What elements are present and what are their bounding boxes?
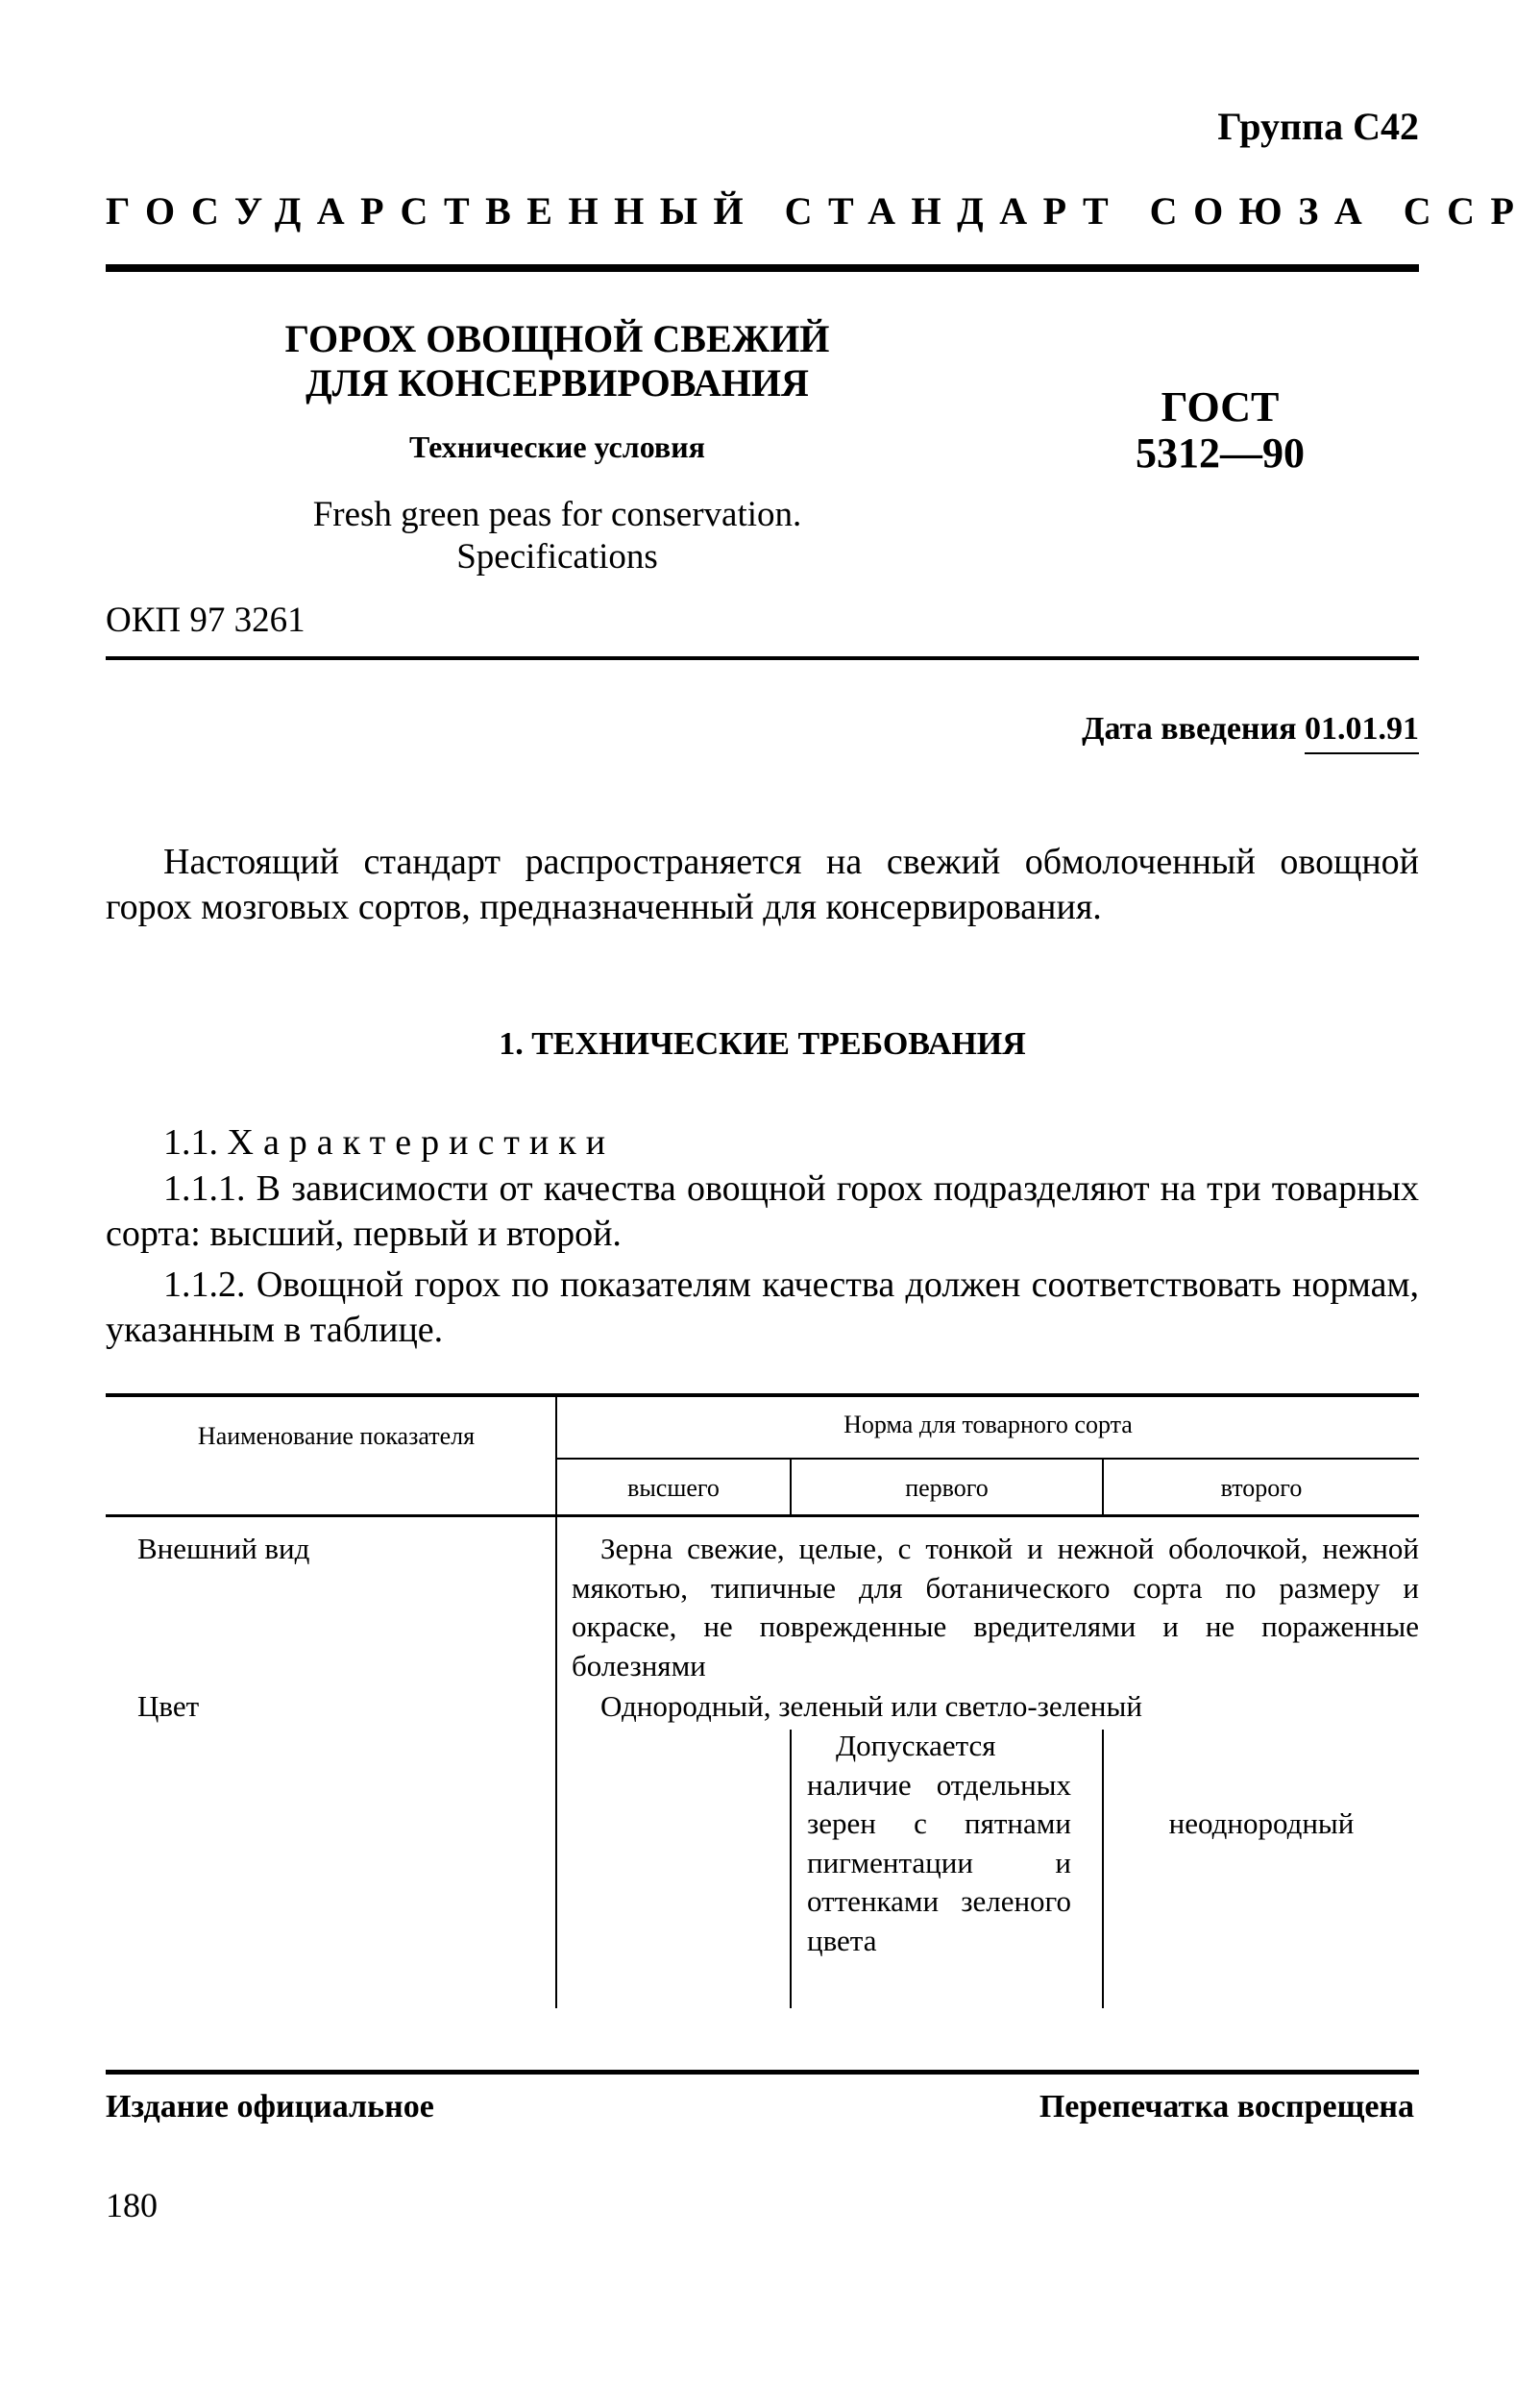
section-heading: 1. ТЕХНИЧЕСКИЕ ТРЕБОВАНИЯ xyxy=(106,1026,1419,1063)
document-subtitle: Технические условия xyxy=(221,430,893,465)
english-title-line-2: Specifications xyxy=(221,536,893,578)
table-top-rule xyxy=(106,1393,1419,1397)
english-title: Fresh green peas for conservation. Speci… xyxy=(221,494,893,578)
row-value-color-all: Однородный, зеленый или светло-зеленый xyxy=(572,1687,1142,1727)
english-title-line-1: Fresh green peas for conservation. xyxy=(221,494,893,536)
row-name-appearance: Внешний вид xyxy=(137,1530,309,1569)
footer-reprint-prohibited: Перепечатка воспрещена xyxy=(1039,2089,1414,2125)
header-rule xyxy=(106,656,1419,660)
row-value-color-second: неоднородный xyxy=(1104,1805,1419,1844)
subsection-1-1: 1.1. Характеристики xyxy=(106,1120,1419,1166)
gost-designation: ГОСТ 5312—90 xyxy=(1066,384,1374,477)
header-bottom-rule xyxy=(106,1514,1419,1517)
footer-rule xyxy=(106,2070,1419,2075)
effective-date: Дата введения 01.01.91 xyxy=(1082,711,1419,748)
state-standard-heading: ГОСУДАРСТВЕННЫЙ СТАНДАРТ СОЮЗА ССР xyxy=(106,188,1419,233)
column-divider xyxy=(1102,1730,1104,2008)
row-name-color: Цвет xyxy=(137,1687,199,1727)
okp-code: ОКП 97 3261 xyxy=(106,600,306,641)
column-header-grade-top: высшего xyxy=(557,1472,790,1505)
date-value: 01.01.91 xyxy=(1305,711,1419,754)
group-label: Группа С42 xyxy=(1217,104,1419,149)
row-value-color-first: Допускается наличие отдельных зерен с пя… xyxy=(807,1727,1071,1960)
document-title: ГОРОХ ОВОЩНОЙ СВЕЖИЙ ДЛЯ КОНСЕРВИРОВАНИЯ xyxy=(221,317,893,405)
subsection-number: 1.1. xyxy=(163,1122,218,1163)
title-line-2: ДЛЯ КОНСЕРВИРОВАНИЯ xyxy=(221,361,893,405)
column-header-name: Наименование показателя xyxy=(134,1420,538,1453)
gost-number: 5312—90 xyxy=(1066,430,1374,477)
paragraph-1-1-1: 1.1.1. В зависимости от качества овощной… xyxy=(106,1166,1419,1257)
page-number: 180 xyxy=(106,2185,158,2225)
column-header-norm: Норма для товарного сорта xyxy=(557,1409,1419,1441)
column-header-grade-second: второго xyxy=(1104,1472,1419,1505)
top-thick-rule xyxy=(106,264,1419,272)
subsection-title: Характеристики xyxy=(228,1122,616,1163)
gost-label: ГОСТ xyxy=(1066,384,1374,430)
title-line-1: ГОРОХ ОВОЩНОЙ СВЕЖИЙ xyxy=(221,317,893,361)
header-mid-rule xyxy=(555,1458,1419,1460)
row-value-appearance: Зерна свежие, целые, с тонкой и нежной о… xyxy=(572,1530,1419,1685)
footer-official-edition: Издание официальное xyxy=(106,2089,434,2125)
intro-paragraph: Настоящий стандарт распространяется на с… xyxy=(106,840,1419,930)
paragraph-1-1-2: 1.1.2. Овощной горох по показателям каче… xyxy=(106,1263,1419,1353)
date-label: Дата введения xyxy=(1082,711,1296,747)
column-divider xyxy=(790,1730,792,2008)
column-header-grade-first: первого xyxy=(792,1472,1102,1505)
